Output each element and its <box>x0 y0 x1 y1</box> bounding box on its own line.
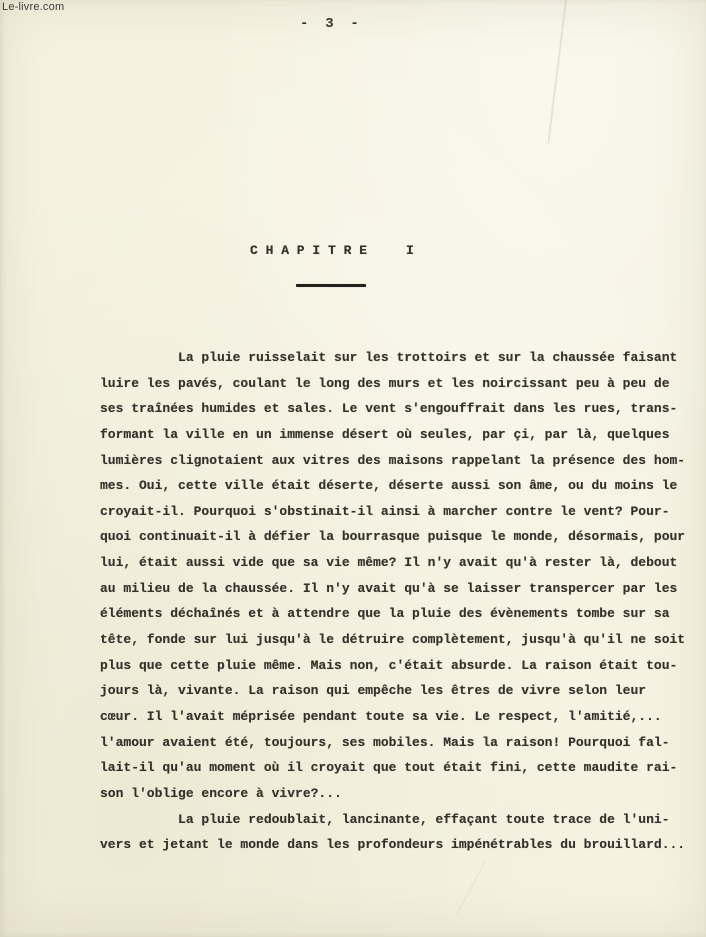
text-line: quoi continuait-il à défier la bourrasqu… <box>100 524 700 550</box>
text-line: mes. Oui, cette ville était déserte, dés… <box>100 473 700 499</box>
text-line: lait-il qu'au moment où il croyait que t… <box>100 755 700 781</box>
text-line: lumières clignotaient aux vitres des mai… <box>100 448 700 474</box>
text-line: plus que cette pluie même. Mais non, c'é… <box>100 653 700 679</box>
text-line: luire les pavés, coulant le long des mur… <box>100 371 700 397</box>
text-line: tête, fonde sur lui jusqu'à le détruire … <box>100 627 700 653</box>
text-line: jours là, vivante. La raison qui empêche… <box>100 678 700 704</box>
text-line: lui, était aussi vide que sa vie même? I… <box>100 550 700 576</box>
text-line: ses traînées humides et sales. Le vent s… <box>100 396 700 422</box>
scanned-page: Le-livre.com - 3 - C H A P I T R E I La … <box>0 0 706 937</box>
text-line: formant la ville en un immense désert où… <box>100 422 700 448</box>
text-line: La pluie ruisselait sur les trottoirs et… <box>100 345 700 371</box>
page-number: - 3 - <box>300 16 359 32</box>
text-line: l'amour avaient été, toujours, ses mobil… <box>100 730 700 756</box>
chapter-heading-underline <box>296 284 366 287</box>
chapter-heading: C H A P I T R E I <box>250 243 414 258</box>
text-line: La pluie redoublait, lancinante, effaçan… <box>100 807 700 833</box>
text-line: au milieu de la chaussée. Il n'y avait q… <box>100 576 700 602</box>
paper-crease <box>456 861 486 915</box>
watermark-text: Le-livre.com <box>2 1 64 13</box>
text-line: croyait-il. Pourquoi s'obstinait-il ains… <box>100 499 700 525</box>
text-line: éléments déchaînés et à attendre que la … <box>100 601 700 627</box>
text-line: son l'oblige encore à vivre?... <box>100 781 700 807</box>
paper-crease <box>547 0 568 144</box>
body-text: La pluie ruisselait sur les trottoirs et… <box>100 345 700 858</box>
text-line: vers et jetant le monde dans les profond… <box>100 832 700 858</box>
text-line: cœur. Il l'avait méprisée pendant toute … <box>100 704 700 730</box>
